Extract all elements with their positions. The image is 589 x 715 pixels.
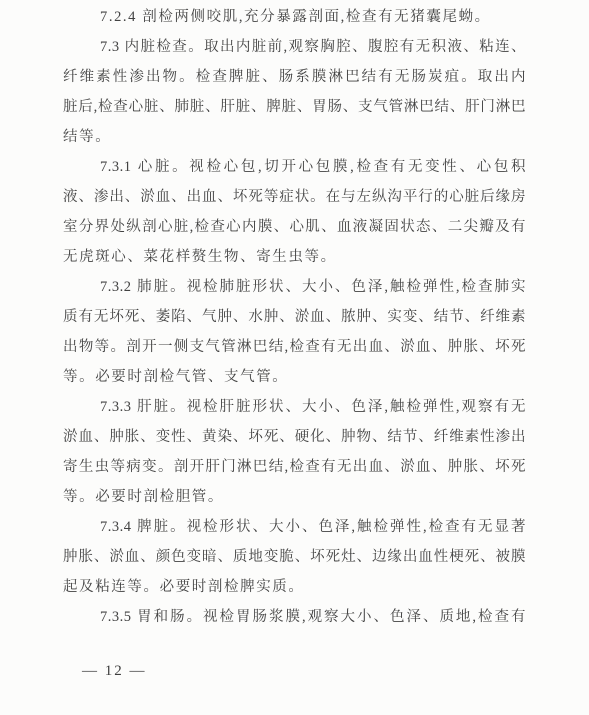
- text-line: 纤维素性渗出物。检查脾脏、肠系膜淋巴结有无肠炭疽。取出内: [63, 62, 526, 92]
- paragraph-7.3.1: 7.3.1 心脏。视检心包,切开心包膜,检查有无变性、心包积液、渗出、淤血、出血…: [63, 152, 526, 272]
- text-line: 淤血、肿胀、变性、黄染、坏死、硬化、肿物、结节、纤维素性渗出物、: [63, 422, 526, 452]
- text-line: 等。必要时剖检气管、支气管。: [63, 362, 526, 392]
- text-line: 7.3.4 脾脏。视检形状、大小、色泽,触检弹性,检查有无显著: [63, 512, 526, 542]
- text-line: 结等。: [63, 122, 526, 152]
- text-line: 脏后,检查心脏、肺脏、肝脏、脾脏、胃肠、支气管淋巴结、肝门淋巴: [63, 92, 526, 122]
- paragraph-7.3.3: 7.3.3 肝脏。视检肝脏形状、大小、色泽,触检弹性,观察有无淤血、肿胀、变性、…: [63, 392, 526, 512]
- text-line: 7.2.4 剖检两侧咬肌,充分暴露剖面,检查有无猪囊尾蚴。: [63, 2, 526, 32]
- text-line: 出物等。剖开一侧支气管淋巴结,检查有无出血、淤血、肿胀、坏死: [63, 332, 526, 362]
- body-text: 7.2.4 剖检两侧咬肌,充分暴露剖面,检查有无猪囊尾蚴。7.3 内脏检查。取出…: [63, 2, 526, 632]
- text-line: 起及粘连等。必要时剖检脾实质。: [63, 572, 526, 602]
- paragraph-7.3: 7.3 内脏检查。取出内脏前,观察胸腔、腹腔有无积液、粘连、纤维素性渗出物。检查…: [63, 32, 526, 152]
- paragraph-7.3.5: 7.3.5 胃和肠。视检胃肠浆膜,观察大小、色泽、质地,检查有: [63, 602, 526, 632]
- text-line: 质有无坏死、萎陷、气肿、水肿、淤血、脓肿、实变、结节、纤维素性渗: [63, 302, 526, 332]
- text-line: 室分界处纵剖心脏,检查心内膜、心肌、血液凝固状态、二尖瓣及有: [63, 212, 526, 242]
- text-line: 7.3.5 胃和肠。视检胃肠浆膜,观察大小、色泽、质地,检查有: [63, 602, 526, 632]
- text-line: 无虎斑心、菜花样赘生物、寄生虫等。: [63, 242, 526, 272]
- document-page: 7.2.4 剖检两侧咬肌,充分暴露剖面,检查有无猪囊尾蚴。7.3 内脏检查。取出…: [0, 0, 589, 715]
- text-line: 7.3.3 肝脏。视检肝脏形状、大小、色泽,触检弹性,观察有无: [63, 392, 526, 422]
- text-line: 7.3 内脏检查。取出内脏前,观察胸腔、腹腔有无积液、粘连、: [63, 32, 526, 62]
- page-footer: — 12 —: [82, 656, 147, 686]
- text-line: 等。必要时剖检胆管。: [63, 482, 526, 512]
- paragraph-7.3.2: 7.3.2 肺脏。视检肺脏形状、大小、色泽,触检弹性,检查肺实质有无坏死、萎陷、…: [63, 272, 526, 392]
- paragraph-7.2.4: 7.2.4 剖检两侧咬肌,充分暴露剖面,检查有无猪囊尾蚴。: [63, 2, 526, 32]
- page-number: — 12 —: [82, 663, 147, 679]
- text-line: 肿胀、淤血、颜色变暗、质地变脆、坏死灶、边缘出血性梗死、被膜隆: [63, 542, 526, 572]
- text-line: 7.3.1 心脏。视检心包,切开心包膜,检查有无变性、心包积: [63, 152, 526, 182]
- paragraph-7.3.4: 7.3.4 脾脏。视检形状、大小、色泽,触检弹性,检查有无显著肿胀、淤血、颜色变…: [63, 512, 526, 602]
- text-line: 7.3.2 肺脏。视检肺脏形状、大小、色泽,触检弹性,检查肺实: [63, 272, 526, 302]
- text-line: 寄生虫等病变。剖开肝门淋巴结,检查有无出血、淤血、肿胀、坏死: [63, 452, 526, 482]
- text-line: 液、渗出、淤血、出血、坏死等症状。在与左纵沟平行的心脏后缘房: [63, 182, 526, 212]
